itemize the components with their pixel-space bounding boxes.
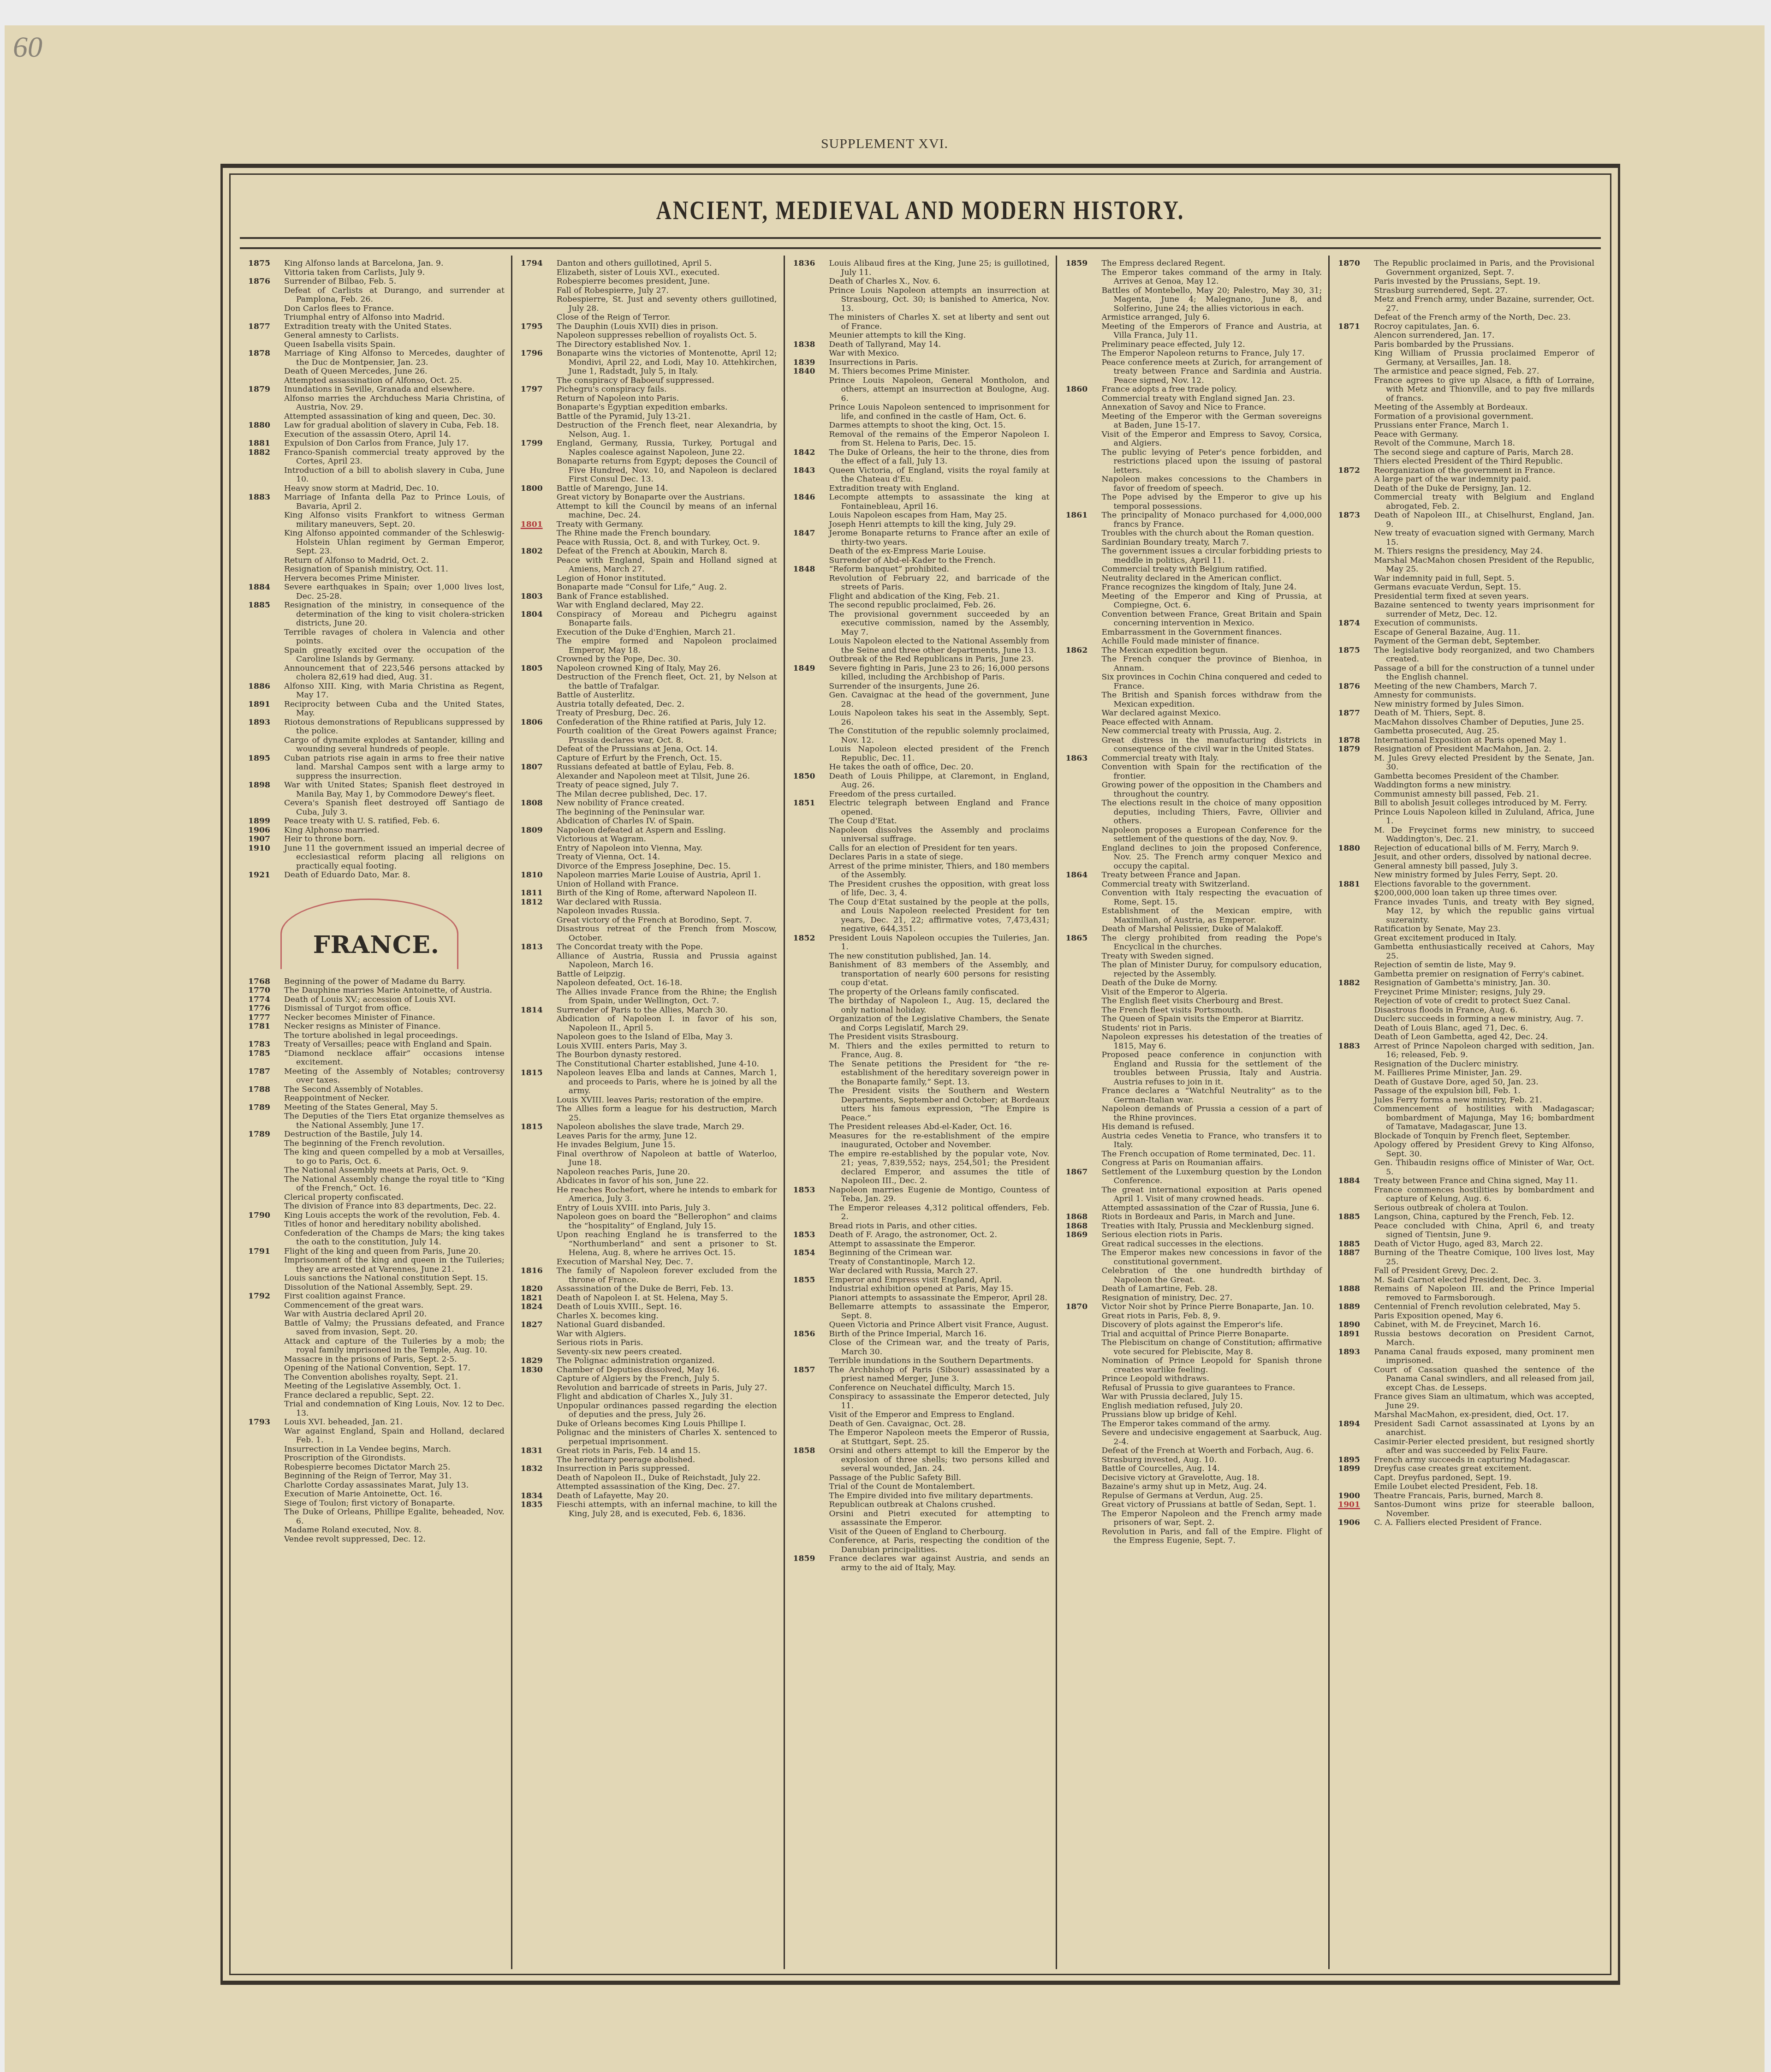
event-text: Peace with England, Spain and Holland si… (557, 556, 777, 574)
entry-year: 1883 (248, 493, 284, 583)
timeline-entry: 1870Victor Noir shot by Prince Pierre Bo… (1065, 1303, 1322, 1546)
timeline-entry: 1862The Mexican expedition begun.The Fre… (1065, 646, 1322, 754)
event-text: Death of Marshal Pelissier, Duke of Mala… (1101, 925, 1322, 934)
event-text: Dissolution of the National Assembly, Se… (284, 1283, 505, 1292)
entry-events: Assassination of the Duke de Berri, Feb.… (557, 1285, 777, 1294)
event-text: Measures for the re-establishment of the… (829, 1132, 1050, 1150)
timeline-entry: 1840M. Thiers becomes Prime Minister.Pri… (793, 367, 1050, 448)
timeline-entry: 1859France declares war against Austria,… (793, 1554, 1050, 1572)
event-text: War with Prussia declared, July 15. (1101, 1393, 1322, 1402)
timeline-entry: 1831Great riots in Paris, Feb. 14 and 15… (521, 1447, 777, 1465)
event-text: Heir to throne born. (284, 835, 505, 844)
event-text: New nobility of France created. (557, 799, 777, 808)
event-text: France adopts a free trade policy. (1101, 385, 1322, 394)
entry-year: 1848 (793, 565, 829, 664)
event-text: Death of Napoleon I. at St. Helena, May … (557, 1294, 777, 1303)
event-text: Legion of Honor instituted. (557, 574, 777, 583)
entry-events: Great riots in Paris, Feb. 14 and 15.The… (557, 1447, 777, 1465)
entry-year: 1829 (521, 1357, 557, 1366)
event-text: War declared with Russia. (557, 898, 777, 907)
entry-events: President Sadi Carnot assassinated at Ly… (1374, 1420, 1594, 1456)
event-text: The clergy prohibited from reading the P… (1101, 934, 1322, 952)
event-text: The Duke of Orleans, the heir to the thr… (829, 448, 1050, 466)
event-text: Preliminary peace effected, July 12. (1101, 340, 1322, 350)
entry-year: 1875 (248, 259, 284, 277)
entry-events: The legislative body reorganized, and tw… (1374, 646, 1594, 682)
event-text: Payment of the German debt, September. (1374, 637, 1594, 646)
section-heading: FRANCE. (248, 931, 505, 959)
entry-year: 1880 (248, 421, 284, 439)
event-text: Vittoria taken from Carlists, July 9. (284, 268, 505, 278)
event-text: Resignation of President MacMahon, Jan. … (1374, 745, 1594, 754)
timeline-entry: 1796Bonaparte wins the victories of Mont… (521, 349, 777, 385)
entry-events: Queen Victoria, of England, visits the r… (829, 466, 1050, 494)
timeline-column-3: 1836Louis Alibaud fires at the King, Jun… (785, 256, 1058, 1969)
event-text: The Archbishop of Paris (Sibour) assassi… (829, 1366, 1050, 1384)
entry-events: Rocroy capitulates, Jan. 6.Alencon surre… (1374, 322, 1594, 466)
event-text: Resignation of ministry, Dec. 27. (1101, 1294, 1322, 1303)
entry-events: The Dauphine marries Marie Antoinette, o… (284, 986, 505, 995)
event-text: M. Jules Grevy elected President by the … (1374, 754, 1594, 772)
event-text: Siege of Toulon; first victory of Bonapa… (284, 1499, 505, 1508)
entry-year: 1876 (248, 277, 284, 322)
event-text: Peace effected with Annam. (1101, 718, 1322, 727)
event-text: Resignation of Spanish ministry, Oct. 11… (284, 565, 505, 574)
entry-year: 1893 (248, 718, 284, 754)
event-text: Treaty of Versailles; peace with England… (284, 1040, 505, 1049)
event-text: First coalition against France. (284, 1292, 505, 1301)
entry-year: 1884 (1338, 1177, 1374, 1213)
event-text: The Rhine made the French boundary. (557, 529, 777, 538)
event-text: Treaty of Constantinople, March 12. (829, 1258, 1050, 1267)
event-text: Joseph Henri attempts to kill the king, … (829, 520, 1050, 530)
entry-year: 1842 (793, 448, 829, 466)
event-text: Thiers elected President of the Third Re… (1374, 457, 1594, 466)
event-text: Growing power of the opposition in the C… (1101, 781, 1322, 799)
entry-year: 1869 (1065, 1231, 1101, 1303)
timeline-entry: 1861The principality of Monaco purchased… (1065, 511, 1322, 646)
event-text: Close of the Reign of Terror. (557, 313, 777, 322)
entry-year: 1858 (793, 1447, 829, 1554)
entry-events: The Republic proclaimed in Paris, and th… (1374, 259, 1594, 322)
event-text: Dismissal of Turgot from office. (284, 1004, 505, 1013)
event-text: France declared a republic, Sept. 22. (284, 1391, 505, 1400)
event-text: M. Sadi Carnot elected President, Dec. 3… (1374, 1276, 1594, 1285)
event-text: French army succeeds in capturing Madaga… (1374, 1456, 1594, 1465)
event-text: Surrender of Bilbao, Feb. 5. (284, 277, 505, 286)
event-text: Revolution of February 22, and barricade… (829, 574, 1050, 592)
entry-year: 1921 (248, 871, 284, 880)
event-text: France invades Tunis, and treaty with Be… (1374, 898, 1594, 925)
event-text: Commercial treaty with Belgium and Engla… (1374, 493, 1594, 511)
event-text: Electric telegraph between England and F… (829, 799, 1050, 817)
event-text: Victor Noir shot by Prince Pierre Bonapa… (1101, 1303, 1322, 1312)
event-text: Embarrassment in the Government finances… (1101, 628, 1322, 637)
event-text: The empire re-established by the popular… (829, 1150, 1050, 1186)
timeline-entry: 1890Cabinet, with M. de Freycinet, March… (1338, 1321, 1594, 1330)
entry-year: 1834 (521, 1492, 557, 1501)
event-text: New ministry formed by Jules Ferry, Sept… (1374, 871, 1594, 880)
event-text: Visit of the Emperor and Empress to Engl… (829, 1411, 1050, 1420)
event-text: Conspiracy of Moreau and Pichegru agains… (557, 610, 777, 628)
event-text: Revolution in Paris, and fall of the Emp… (1101, 1528, 1322, 1546)
entry-events: Necker becomes Minister of Finance. (284, 1013, 505, 1023)
event-text: Clerical property confiscated. (284, 1193, 505, 1203)
entry-year: 1886 (248, 682, 284, 700)
event-text: The English fleet visits Cherbourg and B… (1101, 997, 1322, 1006)
timeline-entry: 1829The Polignac administration organize… (521, 1357, 777, 1366)
event-text: The French conquer the province of Bienh… (1101, 655, 1322, 673)
entry-events: War with United States; Spanish fleet de… (284, 781, 505, 817)
event-text: Triumphal entry of Alfonso into Madrid. (284, 313, 505, 322)
entry-year: 1882 (248, 448, 284, 494)
entry-events: Dreyfus case creates great excitement.Ca… (1374, 1465, 1594, 1492)
entry-year: 1876 (1338, 682, 1374, 709)
event-text: Disastrous retreat of the French from Mo… (557, 925, 777, 943)
event-text: Necker resigns as Minister of Finance. (284, 1022, 505, 1031)
entry-year: 1877 (248, 322, 284, 350)
entry-year: 1862 (1065, 646, 1101, 754)
entry-year: 1810 (521, 871, 557, 889)
event-text: Peace with Germany. (1374, 430, 1594, 440)
event-text: The Duke of Orleans, Phillipe Egalite, b… (284, 1508, 505, 1526)
timeline-entry: 1776Dismissal of Turgot from office. (248, 1004, 505, 1013)
event-text: Louis Napoleon takes his seat in the Ass… (829, 709, 1050, 727)
event-text: Inundations in Seville, Granada and else… (284, 385, 505, 394)
event-text: Flight and abdication of Charles X., Jul… (557, 1393, 777, 1402)
event-text: King William of Prussia proclaimed Emper… (1374, 349, 1594, 367)
entry-events: Pichegru's conspiracy fails.Return of Na… (557, 385, 777, 439)
entry-year: 1873 (1338, 511, 1374, 619)
event-text: Treaty of Presburg, Dec. 26. (557, 709, 777, 718)
entry-year: 1801 (521, 520, 557, 548)
event-text: Congress at Paris on Roumanian affairs. (1101, 1159, 1322, 1168)
event-text: Death of the ex-Empress Marie Louise. (829, 547, 1050, 556)
entry-events: French army succeeds in capturing Madaga… (1374, 1456, 1594, 1465)
entry-events: Extradition treaty with the United State… (284, 322, 505, 350)
event-text: Elizabeth, sister of Louis XVI., execute… (557, 268, 777, 278)
event-text: Organization of the Legislative Chambers… (829, 1015, 1050, 1033)
entry-year: 1864 (1065, 871, 1101, 934)
entry-year: 1857 (793, 1366, 829, 1447)
timeline-entry: 1869Serious election riots in Paris.Grea… (1065, 1231, 1322, 1303)
event-text: Lecompte attempts to assassinate the kin… (829, 493, 1050, 511)
event-text: Insurrection in La Vendee begins, March. (284, 1445, 505, 1454)
event-text: King Alfonso lands at Barcelona, Jan. 9. (284, 259, 505, 268)
event-text: The public levying of Peter's pence forb… (1101, 448, 1322, 476)
timeline-entry: 1875King Alfonso lands at Barcelona, Jan… (248, 259, 505, 277)
event-text: Napoleon demands of Prussia a cession of… (1101, 1105, 1322, 1123)
event-text: Orsini and Pietri executed for attemptin… (829, 1510, 1050, 1528)
event-text: King Louis accepts the work of the revol… (284, 1211, 505, 1221)
timeline-entry: 1815Napoleon leaves Elba and lands at Ca… (521, 1069, 777, 1123)
event-text: Attempt to kill the Council by means of … (557, 502, 777, 520)
timeline-entry: 1801Treaty with Germany.The Rhine made t… (521, 520, 777, 548)
event-text: M. Thiers resigns the presidency, May 24… (1374, 547, 1594, 556)
event-text: Entry of Napoleon into Vienna, May. (557, 844, 777, 853)
event-text: France declares a “Watchful Neutrality” … (1101, 1087, 1322, 1105)
entry-year: 1797 (521, 385, 557, 439)
timeline-entry: 1834Death of Lafayette, May 20. (521, 1492, 777, 1501)
timeline-entry: 1832Insurrection in Paris suppressed.Dea… (521, 1465, 777, 1492)
timeline-entry: 1824Death of Louis XVIII., Sept. 16.Char… (521, 1303, 777, 1321)
event-text: Queen Victoria and Prince Albert visit F… (829, 1321, 1050, 1330)
event-text: Rejection of educational bills of M. Fer… (1374, 844, 1594, 853)
event-text: Beginning of the Crimean war. (829, 1249, 1050, 1258)
event-text: Napoleon crowned King of Italy, May 26. (557, 664, 777, 673)
event-text: Elections favorable to the government. (1374, 880, 1594, 889)
event-text: Fieschi attempts, with an infernal machi… (557, 1500, 777, 1518)
entry-year: 1840 (793, 367, 829, 448)
event-text: Establishment of the Mexican empire, wit… (1101, 907, 1322, 925)
event-text: The legislative body reorganized, and tw… (1374, 646, 1594, 664)
entry-events: Flight of the king and queen from Paris,… (284, 1247, 505, 1292)
event-text: France gives Siam an ultimatum, which wa… (1374, 1393, 1594, 1411)
event-text: The hereditary peerage abolished. (557, 1456, 777, 1465)
entry-year: 1879 (1338, 745, 1374, 844)
entry-events: Surrender of Paris to the Allies, March … (557, 1006, 777, 1069)
entry-events: Dismissal of Turgot from office. (284, 1004, 505, 1013)
timeline-entry: 1885Resignation of the ministry, in cons… (248, 601, 505, 682)
event-text: Revolution and barricade of streets in P… (557, 1384, 777, 1393)
timeline-entry: 1854Beginning of the Crimean war.Treaty … (793, 1249, 1050, 1276)
timeline-entry: 1853Napoleon marries Eugenie de Montigo,… (793, 1186, 1050, 1231)
entry-events: Orsini and others attempt to kill the Em… (829, 1447, 1050, 1554)
event-text: English mediation refused, July 20. (1101, 1402, 1322, 1411)
event-text: Birth of the Prince Imperial, March 16. (829, 1330, 1050, 1339)
event-text: France recognizes the kingdom of Italy, … (1101, 583, 1322, 592)
event-text: Panama Canal frauds exposed, many promin… (1374, 1348, 1594, 1366)
event-text: Attempted assassination of the King, Dec… (557, 1483, 777, 1492)
event-text: Opening of the National Convention, Sept… (284, 1364, 505, 1373)
event-text: Bellemarre attempts to assassinate the E… (829, 1303, 1050, 1321)
entry-events: Beginning of the power of Madame du Barr… (284, 977, 505, 987)
event-text: Repulse of Germans at Verdun, Aug. 25. (1101, 1492, 1322, 1501)
entry-year: 1860 (1065, 385, 1101, 511)
entry-events: Treaties with Italy, Prussia and Mecklen… (1101, 1222, 1322, 1231)
entry-events: Alfonso XIII. King, with Maria Christina… (284, 682, 505, 700)
event-text: Meeting of the new Chambers, March 7. (1374, 682, 1594, 691)
event-text: Extradition treaty with the United State… (284, 322, 505, 332)
event-text: Conference, at Paris, respecting the con… (829, 1536, 1050, 1554)
event-text: Amnesty for communists. (1374, 691, 1594, 700)
event-text: The beginning of the French revolution. (284, 1139, 505, 1149)
event-text: Danton and others guillotined, April 5. (557, 259, 777, 268)
entry-events: Centennial of French revolution celebrat… (1374, 1303, 1594, 1321)
event-text: Great victory of Prussians at battle of … (1101, 1500, 1322, 1510)
event-text: President Louis Napoleon occupies the Tu… (829, 934, 1050, 952)
event-text: Death of Gustave Dore, aged 50, Jan. 23. (1374, 1078, 1594, 1087)
event-text: Peace with Russia, Oct. 8, and with Turk… (557, 538, 777, 548)
entry-events: Theatre Francais, Paris, burned, March 8… (1374, 1492, 1594, 1501)
timeline-entry: 1883Arrest of Prince Napoleon charged wi… (1338, 1042, 1594, 1177)
timeline-entry: 1799England, Germany, Russia, Turkey, Po… (521, 439, 777, 484)
entry-year: 1846 (793, 493, 829, 529)
event-text: Death of Louis Philippe, at Claremont, i… (829, 772, 1050, 790)
event-text: Death of Napoleon III., at Chiselhurst, … (1374, 511, 1594, 529)
timeline-column-2: 1794Danton and others guillotined, April… (512, 256, 785, 1969)
entry-year: 1852 (793, 934, 829, 1186)
entry-events: The clergy prohibited from reading the P… (1101, 934, 1322, 1168)
entry-year: 1792 (248, 1292, 284, 1418)
event-text: France declares war against Austria, and… (829, 1554, 1050, 1572)
event-text: Meeting of the Emperors of France and Au… (1101, 322, 1322, 340)
timeline-entry: 1847Jerome Bonaparte returns to France a… (793, 529, 1050, 565)
event-text: Confederation of the Champs de Mars; the… (284, 1229, 505, 1247)
event-text: Waddington forms a new ministry. (1374, 781, 1594, 790)
event-text: Capture of Erfurt by the French, Oct. 15… (557, 754, 777, 763)
event-text: Queen Isabella visits Spain. (284, 340, 505, 350)
entry-events: Elections favorable to the government.$2… (1374, 880, 1594, 979)
entry-events: Marriage of King Alfonso to Mercedes, da… (284, 349, 505, 385)
event-text: Declares Paris in a state of siege. (829, 853, 1050, 862)
entry-year: 1898 (248, 781, 284, 817)
event-text: Destruction of the French fleet, Oct. 21… (557, 673, 777, 691)
event-text: Treaty between France and China signed, … (1374, 1177, 1594, 1186)
event-text: Napoleon goes on board the “Bellerophon”… (557, 1213, 777, 1231)
event-text: Battle of Leipzig. (557, 970, 777, 979)
event-text: Riotous demonstrations of Republicans su… (284, 718, 505, 736)
event-text: Treaties with Italy, Prussia and Mecklen… (1101, 1222, 1322, 1231)
entry-events: Bank of France established.War with Engl… (557, 592, 777, 610)
event-text: Calls for an election of President for t… (829, 844, 1050, 853)
event-text: Prince Louis Napoleon killed in Zululand… (1374, 808, 1594, 826)
entry-year: 1831 (521, 1447, 557, 1465)
timeline-entry: 1882Franco-Spanish commercial treaty app… (248, 448, 505, 494)
timeline-entry: 1846Lecompte attempts to assassinate the… (793, 493, 1050, 529)
event-text: Freedom of the press curtailed. (829, 790, 1050, 799)
entry-year: 1768 (248, 977, 284, 987)
event-text: Revolt of the Commune, March 18. (1374, 439, 1594, 448)
event-text: Insurrection in Paris suppressed. (557, 1465, 777, 1474)
timeline-entry: 1797Pichegru's conspiracy fails.Return o… (521, 385, 777, 439)
timeline-entry: 1789Meeting of the States General, May 5… (248, 1103, 505, 1131)
entry-events: Chamber of Deputies dissolved, May 16.Ca… (557, 1366, 777, 1447)
entry-events: The Dauphin (Louis XVII) dies in prison.… (557, 322, 777, 350)
event-text: Convention between France, Great Britain… (1101, 610, 1322, 628)
entry-year: 1785 (248, 1049, 284, 1067)
event-text: Commercial treaty with Italy. (1101, 754, 1322, 763)
event-text: The Mexican expedition begun. (1101, 646, 1322, 655)
event-text: Serious riots in Paris. (557, 1339, 777, 1348)
timeline-entry: 1891Reciprocity between Cuba and the Uni… (248, 700, 505, 718)
event-text: Centennial of French revolution celebrat… (1374, 1303, 1594, 1312)
event-text: Paris Exposition opened, May 6. (1374, 1312, 1594, 1321)
timeline-entry: 1807Russians defeated at battle of Eylau… (521, 763, 777, 799)
event-text: France agrees to give up Alsace, a fifth… (1374, 376, 1594, 404)
event-text: Defeat of the Prussians at Jena, Oct. 14… (557, 745, 777, 754)
entry-year: 1878 (248, 349, 284, 385)
entry-year: 1838 (793, 340, 829, 358)
timeline-entry: 1804Conspiracy of Moreau and Pichegru ag… (521, 610, 777, 664)
event-text: Refusal of Prussia to give guarantees to… (1101, 1384, 1322, 1393)
event-text: Heavy snow storm at Madrid, Dec. 10. (284, 484, 505, 494)
entry-events: The Archbishop of Paris (Sibour) assassi… (829, 1366, 1050, 1447)
event-text: International Exposition at Paris opened… (1374, 736, 1594, 745)
event-text: Attempted assassination of Alfonso, Oct.… (284, 376, 505, 386)
entry-events: “Reform banquet” prohibited.Revolution o… (829, 565, 1050, 664)
event-text: Gen. Cavaignac at the head of the govern… (829, 691, 1050, 709)
timeline-entry: 1851Electric telegraph between England a… (793, 799, 1050, 934)
event-text: Meeting of the Legislative Assembly, Oct… (284, 1382, 505, 1391)
entry-events: Battle of Marengo, June 14.Great victory… (557, 484, 777, 520)
event-text: Riots in Bordeaux and Paris, in March an… (1101, 1213, 1322, 1222)
entry-events: The family of Napoleon forever excluded … (557, 1267, 777, 1285)
timeline-entry: 1874Execution of communists.Escape of Ge… (1338, 619, 1594, 646)
supplement-label: SUPPLEMENT XVI. (5, 136, 1765, 152)
page-sheet: 60 SUPPLEMENT XVI. ANCIENT, MEDIEVAL AND… (5, 25, 1765, 2072)
event-text: Unpopular ordinances passed regarding th… (557, 1402, 777, 1420)
timeline-entry: 1849Severe fighting in Paris, June 23 to… (793, 664, 1050, 772)
entry-events: France declares war against Austria, and… (829, 1554, 1050, 1572)
event-text: The Plebiscitum on change of Constitutio… (1101, 1339, 1322, 1357)
event-text: Chamber of Deputies dissolved, May 16. (557, 1366, 777, 1375)
event-text: The Coup d'Etat. (829, 817, 1050, 826)
entry-year: 1811 (521, 889, 557, 898)
event-text: Flight and abdication of the King, Feb. … (829, 592, 1050, 601)
entry-year: 1839 (793, 358, 829, 368)
event-text: Darmes attempts to shoot the king, Oct. … (829, 421, 1050, 430)
event-text: Meeting of the Emperor and King of Pruss… (1101, 592, 1322, 610)
event-text: The elections result in the choice of ma… (1101, 799, 1322, 826)
entry-events: Death of M. Thiers, Sept. 8.MacMahon dis… (1374, 709, 1594, 736)
event-text: Duclerc succeeds in forming a new minist… (1374, 1015, 1594, 1024)
timeline-entry: 1789Destruction of the Bastile, July 14.… (248, 1130, 505, 1211)
entry-year: 1883 (1338, 1042, 1374, 1177)
event-text: Defeat of Carlists at Durango, and surre… (284, 286, 505, 304)
event-text: Troubles with the church about the Roman… (1101, 529, 1322, 538)
timeline-entry: 1880Law for gradual abolition of slavery… (248, 421, 505, 439)
event-text: Madame Roland executed, Nov. 8. (284, 1526, 505, 1535)
entry-events: Meeting of the States General, May 5.The… (284, 1103, 505, 1131)
timeline-entry: 1873Death of Napoleon III., at Chiselhur… (1338, 511, 1594, 619)
event-text: Law for gradual abolition of slavery in … (284, 421, 505, 430)
timeline-entry: 1816The family of Napoleon forever exclu… (521, 1267, 777, 1285)
entry-events: Treaty of Versailles; peace with England… (284, 1040, 505, 1049)
timeline-entry: 1885Langson, China, captured by the Fren… (1338, 1213, 1594, 1240)
event-text: Return of Napoleon into Paris. (557, 394, 777, 404)
timeline-entry: 1785“Diamond necklace affair” occasions … (248, 1049, 505, 1067)
entry-events: Severe fighting in Paris, June 23 to 26;… (829, 664, 1050, 772)
event-text: Severe fighting in Paris, June 23 to 26;… (829, 664, 1050, 682)
event-text: The Bourbon dynasty restored. (557, 1051, 777, 1060)
timeline-entry: 1836Louis Alibaud fires at the King, Jun… (793, 259, 1050, 340)
event-text: Assassination of the Duke de Berri, Feb.… (557, 1285, 777, 1294)
entry-year: 1795 (521, 322, 557, 350)
event-text: Execution of the assassin Otero, April 1… (284, 430, 505, 440)
timeline-entry: 1899Peace treaty with U. S. ratified, Fe… (248, 817, 505, 826)
event-text: Napoleon goes to the Island of Elba, May… (557, 1033, 777, 1042)
event-text: Union of Holland with France. (557, 880, 777, 889)
event-text: Charles X. becomes king. (557, 1312, 777, 1321)
event-text: Arrest of Prince Napoleon charged with s… (1374, 1042, 1594, 1060)
timeline-entry: 1880Rejection of educational bills of M.… (1338, 844, 1594, 880)
event-text: Treaty of peace signed, July 7. (557, 781, 777, 790)
entry-year: 1870 (1338, 259, 1374, 322)
event-text: Capture of Algiers by the French, July 5… (557, 1375, 777, 1384)
entry-events: Napoleon defeated at Aspern and Essling.… (557, 826, 777, 871)
history-table-frame: ANCIENT, MEDIEVAL AND MODERN HISTORY. 18… (220, 164, 1620, 1985)
event-text: Presidential term fixed at seven years. (1374, 592, 1594, 601)
timeline-entry: 1806Confederation of the Rhine ratified … (521, 718, 777, 763)
event-text: Gambetta premier on resignation of Ferry… (1374, 970, 1594, 979)
event-text: Spain greatly excited over the occupatio… (284, 646, 505, 664)
entry-events: Treaty with Germany.The Rhine made the F… (557, 520, 777, 548)
entry-year: 1887 (1338, 1249, 1374, 1285)
timeline-entry: 1835Fieschi attempts, with an infernal m… (521, 1500, 777, 1518)
event-text: New ministry formed by Jules Simon. (1374, 700, 1594, 709)
event-text: Louis sanctions the National constitutio… (284, 1274, 505, 1283)
